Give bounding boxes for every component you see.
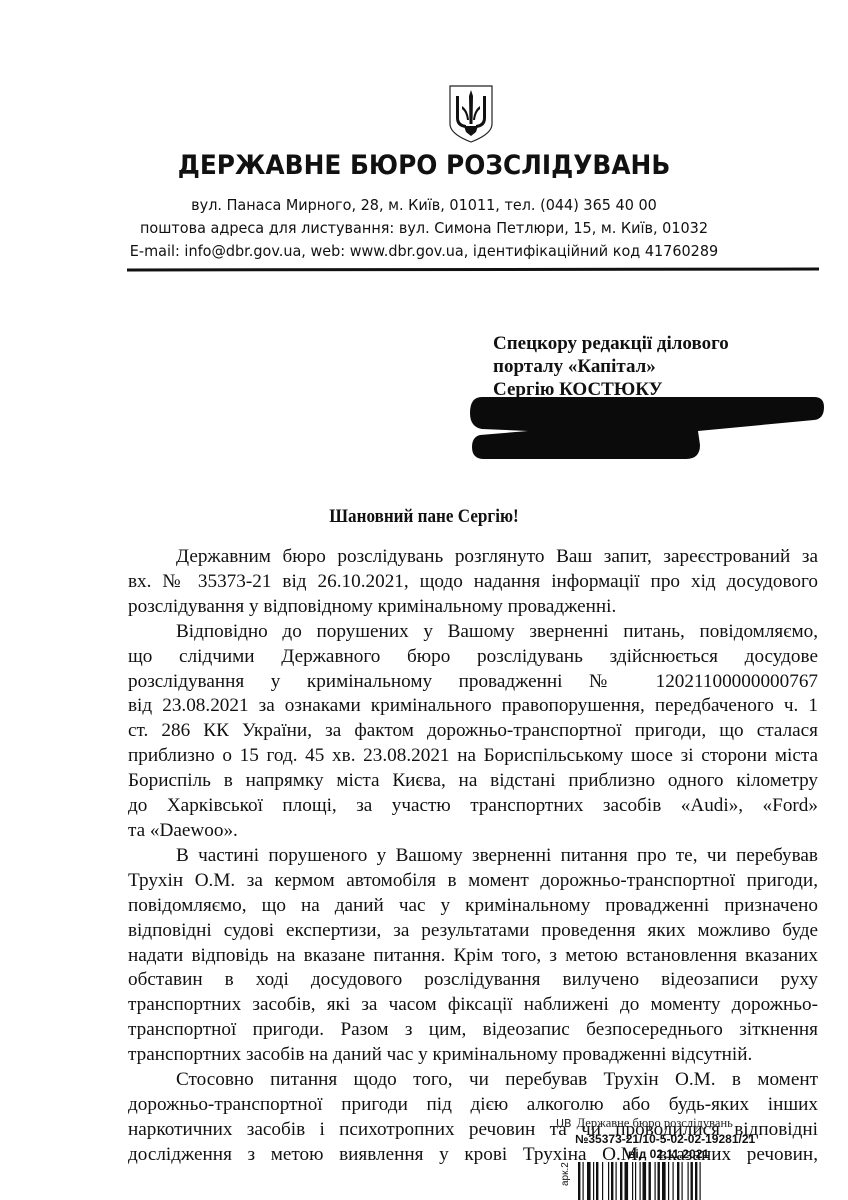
body-line: розслідування у кримінальному провадженн…: [128, 670, 818, 695]
letter-page: ДЕРЖАВНЕ БЮРО РОЗСЛІДУВАНЬ вул. Панаса М…: [0, 0, 848, 1200]
body-line: розслідування у відповідному кримінально…: [128, 595, 818, 620]
trident-coat-of-arms-icon: [446, 84, 496, 144]
body-line: Відповідно до порушених у Вашому звернен…: [128, 620, 818, 645]
sheet-label: арк.2: [560, 1162, 571, 1186]
org-name: ДЕРЖАВНЕ БЮРО РОЗСЛІДУВАНЬ: [34, 150, 814, 181]
body-line: транспортних засобів, які за часом фікса…: [128, 993, 818, 1018]
body-line: від 23.08.2021 за ознаками кримінального…: [128, 694, 818, 719]
body-line: надати відповідь на вказане питання. Крі…: [128, 944, 818, 969]
barcode-icon: [578, 1162, 740, 1200]
body-paragraph: Державним бюро розслідувань розглянуто В…: [128, 545, 818, 620]
org-postal-address: поштова адреса для листування: вул. Симо…: [30, 219, 819, 237]
body-line: вх. № 35373-21 від 26.10.2021, щодо нада…: [128, 570, 818, 595]
body-line: дорожньо-транспортної пригоди під дією а…: [128, 1093, 818, 1118]
body-line: відповідні судові експертизи, за результ…: [128, 919, 818, 944]
body-line: приблизно о 15 год. 45 хв. 23.08.2021 на…: [128, 744, 818, 769]
body-line: В частині порушеного у Вашому зверненні …: [128, 844, 818, 869]
recipient-line: порталу «Капітал»: [493, 355, 729, 378]
registration-date: від 02.11.2021: [628, 1147, 709, 1161]
stamp-prefix: UB: [556, 1117, 572, 1130]
body-line: Трухін О.М. за кермом автомобіля в момен…: [128, 869, 818, 894]
body-line: Стосовно питання щодо того, чи перебував…: [128, 1068, 818, 1093]
body-line: транспортної пригоди. Разом з цим, відео…: [128, 1018, 818, 1043]
body-line: та «Daewoo».: [128, 819, 818, 844]
org-contacts: E-mail: info@dbr.gov.ua, web: www.dbr.go…: [30, 242, 819, 260]
body-line: обставин в ході досудового розслідування…: [128, 968, 818, 993]
header-divider: [127, 268, 819, 272]
letter-body: Державним бюро розслідувань розглянуто В…: [128, 545, 818, 1168]
registration-number: №35373-21/10-5-02-02-19281/21: [575, 1132, 755, 1146]
redaction-mark: [468, 393, 828, 465]
registration-stamp-org: UBДержавне бюро розслідувань: [556, 1116, 733, 1131]
body-paragraph: Відповідно до порушених у Вашому звернен…: [128, 620, 818, 844]
salutation: Шановний пане Сергію!: [42, 506, 805, 528]
body-line: транспортних засобів на даний час у крим…: [128, 1043, 818, 1068]
body-line: Державним бюро розслідувань розглянуто В…: [128, 545, 818, 570]
body-line: до Харківської площі, за участю транспор…: [128, 794, 818, 819]
body-line: Бориспіль в напрямку міста Києва, на від…: [128, 769, 818, 794]
org-address: вул. Панаса Мирного, 28, м. Київ, 01011,…: [30, 196, 819, 214]
recipient-block: Спецкору редакції ділового порталу «Капі…: [493, 332, 729, 401]
body-line: повідомляємо, що на даний час у кримінал…: [128, 894, 818, 919]
body-paragraph: В частині порушеного у Вашому зверненні …: [128, 844, 818, 1068]
body-line: ст. 286 КК України, за фактом дорожньо-т…: [128, 719, 818, 744]
stamp-org-name: Державне бюро розслідувань: [577, 1116, 733, 1130]
recipient-line: Спецкору редакції ділового: [493, 332, 729, 355]
body-line: що слідчими Державного бюро розслідувань…: [128, 645, 818, 670]
